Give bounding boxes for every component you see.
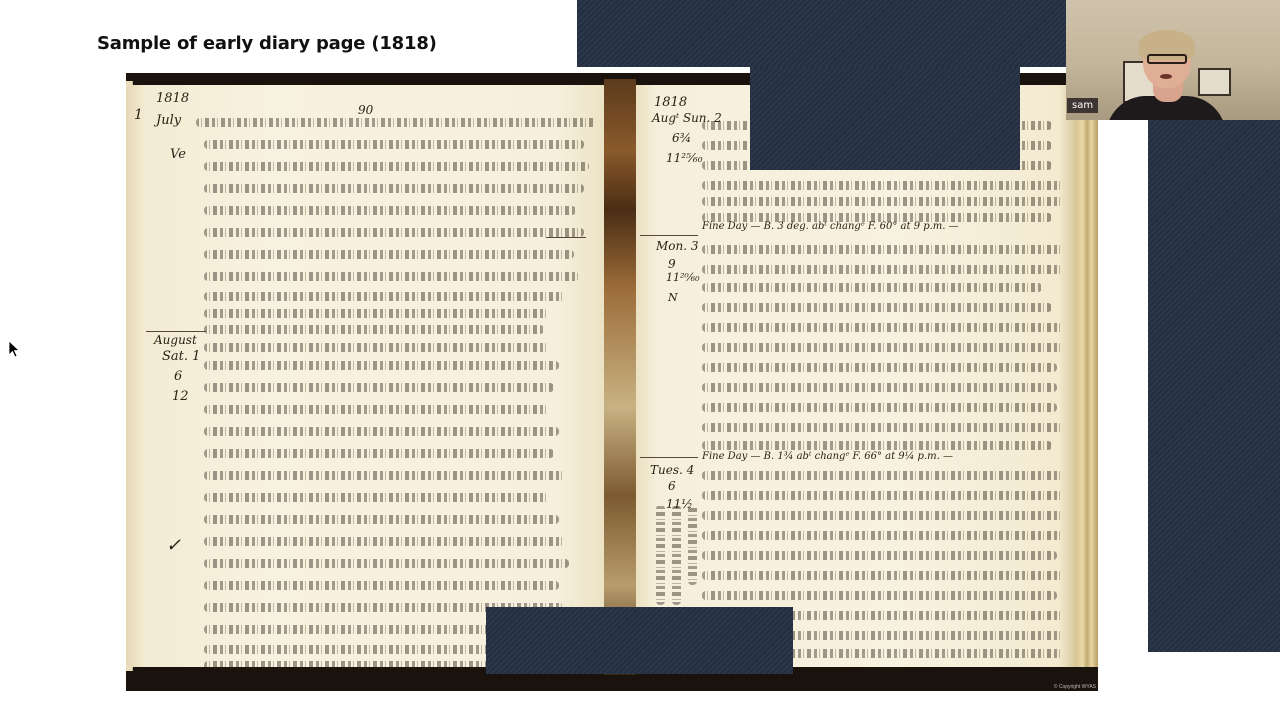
right-margin-6b: 6 [668,479,676,493]
right-margin-n: N [668,291,678,304]
right-year: 1818 [654,95,687,110]
right-margin-11-25: 11²⁵⁄₆₀ [666,151,703,165]
right-margin-11-20: 11²⁰⁄₆₀ [666,271,699,284]
left-margin-mark: 1 [134,107,143,123]
participant-video-tile[interactable] [1066,0,1280,120]
page-stack-edge [1076,85,1098,667]
participant-name-label: sam [1067,98,1098,113]
redaction-panel-bottom [486,607,793,674]
left-margin-12: 12 [172,389,189,404]
book-spine [604,79,636,675]
left-margin-6: 6 [174,369,182,384]
wall-frame-right [1198,68,1231,96]
left-year: 1818 [156,91,189,106]
diary-left-page: 1818 1 July 90 Ve August Sat. 1 6 12 ✓ [126,85,604,667]
left-month: July [156,113,181,128]
right-margin-tues: Tues. 4 [650,463,694,477]
mouse-cursor-icon [8,340,20,358]
redaction-panel-right [1148,120,1280,652]
left-top-annotation: 90 [358,103,373,117]
copyright-notice: © Copyright WYAS [1054,684,1096,690]
left-margin-sat: Sat. 1 [162,349,200,364]
left-margin-ve: Ve [170,147,186,162]
right-fine-day-1: Fine Day — B. 3 deg. abᵗ changᵉ F. 60° a… [702,221,959,232]
right-margin-9: 9 [668,257,676,271]
right-margin-6-3-4: 6¾ [672,131,691,145]
left-margin-august: August [154,333,197,347]
left-tick-mark: ✓ [166,535,181,556]
participant-mouth [1160,74,1172,79]
slide-title: Sample of early diary page (1818) [97,33,437,54]
diary-right-page: 1818 Augᵗ Sun. 2 6¾ 11²⁵⁄₆₀ Fine Day — B… [636,85,1076,667]
blank-area [1098,120,1148,652]
redaction-panel-center [750,67,1020,170]
right-margin-mon: Mon. 3 [656,239,699,253]
redaction-panel-top [577,0,1067,67]
right-fine-day-2: Fine Day — B. 1¾ abᵗ changᵉ F. 66° at 9¼… [702,451,953,462]
glasses-icon [1147,54,1187,64]
